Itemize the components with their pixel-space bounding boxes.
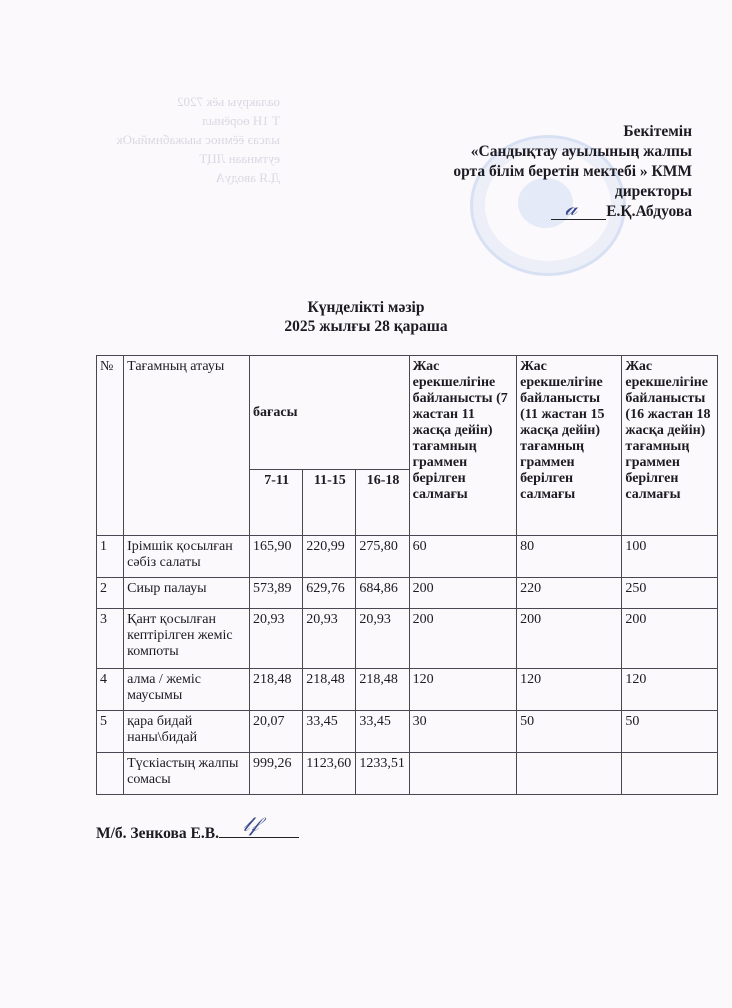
ghost-line: Т 1Н өорёиыл [116,111,280,130]
row-weight-16-18: 120 [622,669,718,711]
total-weight-16-18 [622,753,718,795]
total-weight-7-11 [409,753,516,795]
row-number: 5 [97,711,124,753]
row-number: 2 [97,578,124,609]
title-date: 2025 жылғы 28 қараша [0,317,732,336]
row-weight-11-15: 220 [517,578,622,609]
row-weight-11-15: 120 [517,669,622,711]
row-weight-11-15: 200 [517,609,622,669]
total-price-7-11: 999,26 [250,753,303,795]
row-price-16-18: 33,45 [356,711,409,753]
row-weight-7-11: 60 [409,536,516,578]
approval-name: Е.Қ.Абдуова [606,202,692,222]
document-title: Күнделікті мәзір 2025 жылғы 28 қараша [0,298,732,336]
header-weight-11-15: Жас ерекшелігіне байланысты (11 жастан 1… [517,356,622,536]
row-price-11-15: 629,76 [303,578,356,609]
nurse-signature-icon: 𝓁𝒻 [243,812,259,836]
header-number: № [97,356,124,536]
daily-menu-table: № Тағамның атауы бағасы Жас ерекшелігіне… [96,355,718,795]
ghost-line: ылсаэ ёёмнос ыыжабнмйыОк [116,130,280,149]
header-price-7-11: 7-11 [250,470,303,536]
header-weight-16-18: Жас ерекшелігіне байланысты (16 жастан 1… [622,356,718,536]
row-dish: алма / жеміс маусымы [124,669,250,711]
row-price-11-15: 220,99 [303,536,356,578]
row-price-7-11: 218,48 [250,669,303,711]
row-price-16-18: 275,80 [356,536,409,578]
row-weight-16-18: 200 [622,609,718,669]
row-dish: Қант қосылған кептірілген жеміс компоты [124,609,250,669]
table-row: 3 Қант қосылған кептірілген жеміс компот… [97,609,718,669]
row-weight-7-11: 120 [409,669,516,711]
row-number: 3 [97,609,124,669]
row-price-7-11: 165,90 [250,536,303,578]
row-price-11-15: 20,93 [303,609,356,669]
header-price: бағасы [250,356,410,470]
row-weight-16-18: 100 [622,536,718,578]
table-row: 1 Ірімшік қосылған сәбіз салаты 165,90 2… [97,536,718,578]
total-number [97,753,124,795]
row-dish: қара бидай наны\бидай [124,711,250,753]
row-price-7-11: 573,89 [250,578,303,609]
row-weight-16-18: 250 [622,578,718,609]
total-price-11-15: 1123,60 [303,753,356,795]
row-weight-7-11: 200 [409,578,516,609]
row-price-16-18: 684,86 [356,578,409,609]
row-weight-11-15: 80 [517,536,622,578]
total-price-16-18: 1233,51 [356,753,409,795]
footer-label: М/б. Зенкова Е.В. [96,825,219,842]
row-weight-11-15: 50 [517,711,622,753]
footer-signature-block: М/б. Зенкова Е.В. [96,823,299,843]
row-weight-7-11: 200 [409,609,516,669]
header-price-16-18: 16-18 [356,470,409,536]
row-number: 1 [97,536,124,578]
row-dish: Ірімшік қосылған сәбіз салаты [124,536,250,578]
approval-org-line2: орта білім беретін мектебі » КММ [453,162,692,182]
table-row: 2 Сиыр палауы 573,89 629,76 684,86 200 2… [97,578,718,609]
title-line1: Күнделікті мәзір [0,298,732,317]
row-price-7-11: 20,07 [250,711,303,753]
bleed-through-text: оалакруы ьёк 7202 Т 1Н өорёиыл ылсаэ ёём… [116,92,280,187]
header-price-11-15: 11-15 [303,470,356,536]
approval-org-line1: «Сандықтау ауылының жалпы [453,142,692,162]
header-weight-7-11: Жас ерекшелігіне байланысты (7 жастан 11… [409,356,516,536]
row-price-16-18: 218,48 [356,669,409,711]
total-label: Түскіастың жалпы сомасы [124,753,250,795]
ghost-line: Д.Я аводуА [116,168,280,187]
total-row: Түскіастың жалпы сомасы 999,26 1123,60 1… [97,753,718,795]
total-weight-11-15 [517,753,622,795]
row-price-11-15: 33,45 [303,711,356,753]
table-row: 5 қара бидай наны\бидай 20,07 33,45 33,4… [97,711,718,753]
row-price-11-15: 218,48 [303,669,356,711]
director-signature-icon: 𝒶 [565,196,577,221]
ghost-line: еутмнаан ЛЦТ [116,149,280,168]
row-dish: Сиыр палауы [124,578,250,609]
row-number: 4 [97,669,124,711]
ghost-line: оалакруы ьёк 7202 [116,92,280,111]
row-weight-16-18: 50 [622,711,718,753]
row-weight-7-11: 30 [409,711,516,753]
row-price-7-11: 20,93 [250,609,303,669]
header-dish-name: Тағамның атауы [124,356,250,536]
row-price-16-18: 20,93 [356,609,409,669]
approval-heading: Бекітемін [453,122,692,142]
table-row: 4 алма / жеміс маусымы 218,48 218,48 218… [97,669,718,711]
